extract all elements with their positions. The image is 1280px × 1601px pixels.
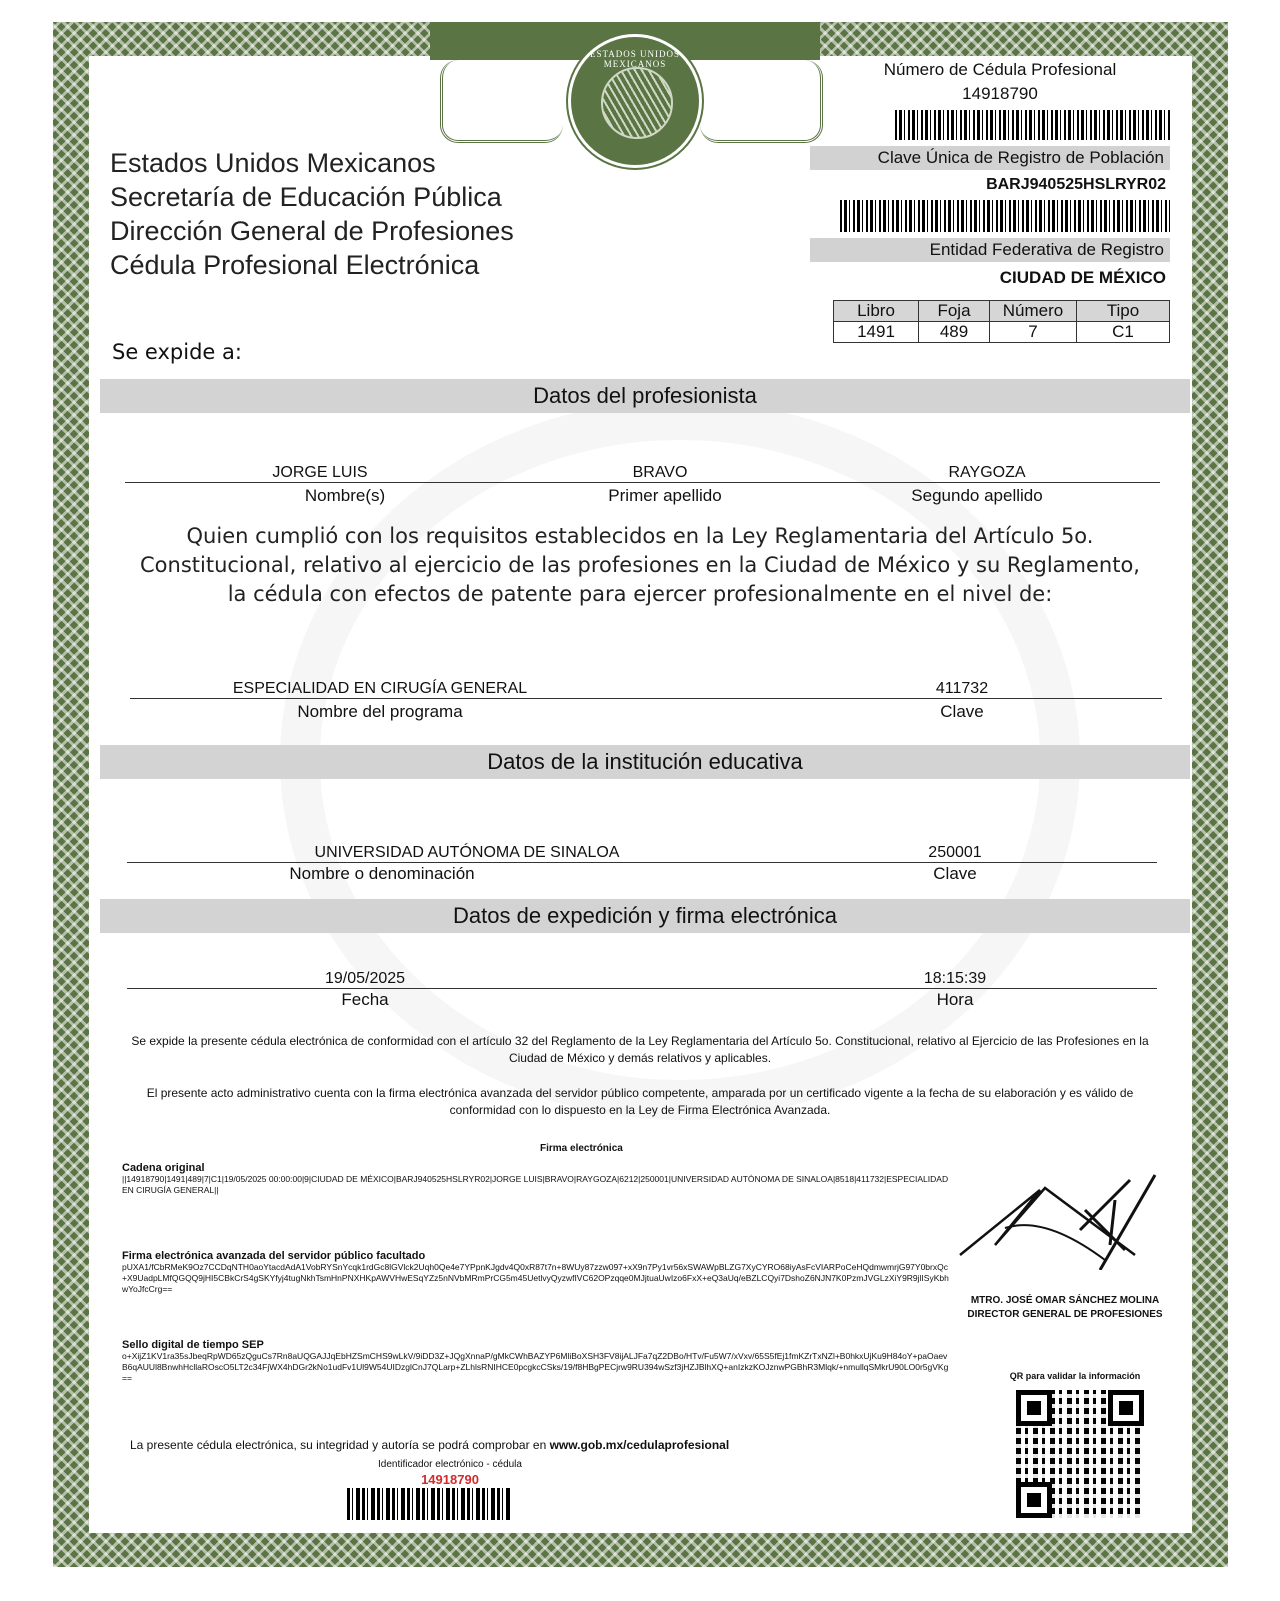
header-line: Secretaría de Educación Pública <box>110 180 514 214</box>
tipo-value: C1 <box>1077 322 1170 343</box>
qr-finder-icon <box>1108 1390 1144 1426</box>
official-signatory: MTRO. JOSÉ OMAR SÁNCHEZ MOLINA DIRECTOR … <box>955 1294 1175 1322</box>
firma-avanzada: Firma electrónica avanzada del servidor … <box>122 1251 952 1295</box>
firma-avanzada-value: pUXA1/fCbRMeK9Oz7CCDqNTH0aoYtacdAdA1VobR… <box>122 1262 952 1295</box>
ornament-right <box>700 60 823 143</box>
profesionista-values: JORGE LUIS BRAVO RAYGOZA <box>125 460 1160 483</box>
cedula-label: Número de Cédula Profesional <box>810 60 1170 80</box>
ident-number: 14918790 <box>300 1472 600 1487</box>
header-line: Cédula Profesional Electrónica <box>110 248 514 282</box>
qr-label: QR para validar la información <box>985 1371 1165 1381</box>
firma-avanzada-label: Firma electrónica avanzada del servidor … <box>122 1251 952 1262</box>
curp-value: BARJ940525HSLRYR02 <box>810 170 1170 198</box>
segundo-apellido-value: RAYGOZA <box>948 464 1025 482</box>
cadena-original: Cadena original ||14918790|1491|489|7|C1… <box>122 1163 952 1196</box>
registry-table: Libro Foja Número Tipo 1491 489 7 C1 <box>833 300 1170 343</box>
institucion-captions: Nombre o denominación Clave <box>127 864 1157 886</box>
col-foja: Foja <box>919 301 990 322</box>
col-libro: Libro <box>834 301 919 322</box>
segundo-apellido-label: Segundo apellido <box>911 486 1042 506</box>
institucion-clave: 250001 <box>928 844 981 862</box>
curp-label: Clave Única de Registro de Población <box>810 146 1170 170</box>
libro-value: 1491 <box>834 322 919 343</box>
programa-nombre: ESPECIALIDAD EN CIRUGÍA GENERAL <box>233 680 527 698</box>
ident-barcode <box>347 1488 512 1520</box>
legal-paragraph-2: El presente acto administrativo cuenta c… <box>120 1085 1160 1119</box>
institucion-values: UNIVERSIDAD AUTÓNOMA DE SINALOA 250001 <box>127 840 1157 863</box>
nombres-value: JORGE LUIS <box>272 464 367 482</box>
primer-apellido-label: Primer apellido <box>608 486 721 506</box>
verify-url-link[interactable]: www.gob.mx/cedulaprofesional <box>550 1438 730 1452</box>
institucion-nombre-label: Nombre o denominación <box>289 864 474 884</box>
section-profesionista: Datos del profesionista <box>100 379 1190 413</box>
verify-text: La presente cédula electrónica, su integ… <box>130 1438 729 1452</box>
col-numero: Número <box>990 301 1077 322</box>
expedicion-captions: Fecha Hora <box>127 990 1157 1012</box>
cedula-number: 14918790 <box>810 84 1170 104</box>
national-seal-icon: ESTADOS UNIDOS MEXICANOS <box>568 34 702 168</box>
entidad-label: Entidad Federativa de Registro <box>810 238 1170 262</box>
entidad-value: CIUDAD DE MÉXICO <box>810 262 1170 292</box>
sello-digital: Sello digital de tiempo SEP o+XijZ1KV1ra… <box>122 1340 952 1384</box>
col-tipo: Tipo <box>1077 301 1170 322</box>
sello-label: Sello digital de tiempo SEP <box>122 1340 952 1351</box>
ornament-left <box>440 60 563 143</box>
header-line: Estados Unidos Mexicanos <box>110 146 514 180</box>
official-title: DIRECTOR GENERAL DE PROFESIONES <box>955 1308 1175 1322</box>
statement-line: la cédula con efectos de patente para ej… <box>100 580 1180 609</box>
programa-clave-label: Clave <box>940 702 983 722</box>
legal-paragraph-1: Se expide la presente cédula electrónica… <box>120 1033 1160 1067</box>
statement-line: Constitucional, relativo al ejercicio de… <box>100 551 1180 580</box>
statement-line: Quien cumplió con los requisitos estable… <box>100 522 1180 551</box>
curp-barcode <box>840 200 1170 232</box>
numero-value: 7 <box>990 322 1077 343</box>
expedicion-values: 19/05/2025 18:15:39 <box>127 966 1157 989</box>
cadena-value: ||14918790|1491|489|7|C1|19/05/2025 00:0… <box>122 1174 952 1196</box>
hora-value: 18:15:39 <box>924 970 986 988</box>
institucion-clave-label: Clave <box>933 864 976 884</box>
section-institucion: Datos de la institución educativa <box>100 745 1190 779</box>
ident-label: Identificador electrónico - cédula <box>300 1459 600 1470</box>
nombres-label: Nombre(s) <box>305 486 385 506</box>
qr-finder-icon <box>1016 1482 1052 1518</box>
institucion-nombre: UNIVERSIDAD AUTÓNOMA DE SINALOA <box>315 844 620 862</box>
cedula-barcode <box>895 110 1170 140</box>
programa-clave: 411732 <box>936 680 988 698</box>
eagle-icon <box>601 67 673 139</box>
handwritten-signature <box>955 1160 1185 1270</box>
cadena-label: Cadena original <box>122 1163 952 1174</box>
section-expedicion: Datos de expedición y firma electrónica <box>100 899 1190 933</box>
qr-code[interactable] <box>1016 1390 1144 1518</box>
programa-captions: Nombre del programa Clave <box>130 702 1162 724</box>
profesionista-captions: Nombre(s) Primer apellido Segundo apelli… <box>125 486 1160 508</box>
verify-label: La presente cédula electrónica, su integ… <box>130 1438 550 1452</box>
hora-label: Hora <box>937 990 974 1010</box>
fecha-label: Fecha <box>341 990 388 1010</box>
statement: Quien cumplió con los requisitos estable… <box>100 522 1180 609</box>
sello-value: o+XijZ1KV1ra35sJbeqRpWD65zQguCs7Rn8aUQGA… <box>122 1351 952 1384</box>
programa-nombre-label: Nombre del programa <box>297 702 462 722</box>
issuer-header: Estados Unidos Mexicanos Secretaría de E… <box>110 146 514 282</box>
official-name: MTRO. JOSÉ OMAR SÁNCHEZ MOLINA <box>955 1294 1175 1308</box>
expide-label: Se expide a: <box>112 340 242 364</box>
qr-finder-icon <box>1016 1390 1052 1426</box>
fecha-value: 19/05/2025 <box>325 970 405 988</box>
programa-values: ESPECIALIDAD EN CIRUGÍA GENERAL 411732 <box>130 676 1162 699</box>
firma-title: Firma electrónica <box>540 1143 623 1154</box>
foja-value: 489 <box>919 322 990 343</box>
seal-text: ESTADOS UNIDOS MEXICANOS <box>571 49 699 69</box>
registry-block: Número de Cédula Profesional 14918790 Cl… <box>810 60 1170 343</box>
primer-apellido-value: BRAVO <box>633 464 688 482</box>
header-line: Dirección General de Profesiones <box>110 214 514 248</box>
